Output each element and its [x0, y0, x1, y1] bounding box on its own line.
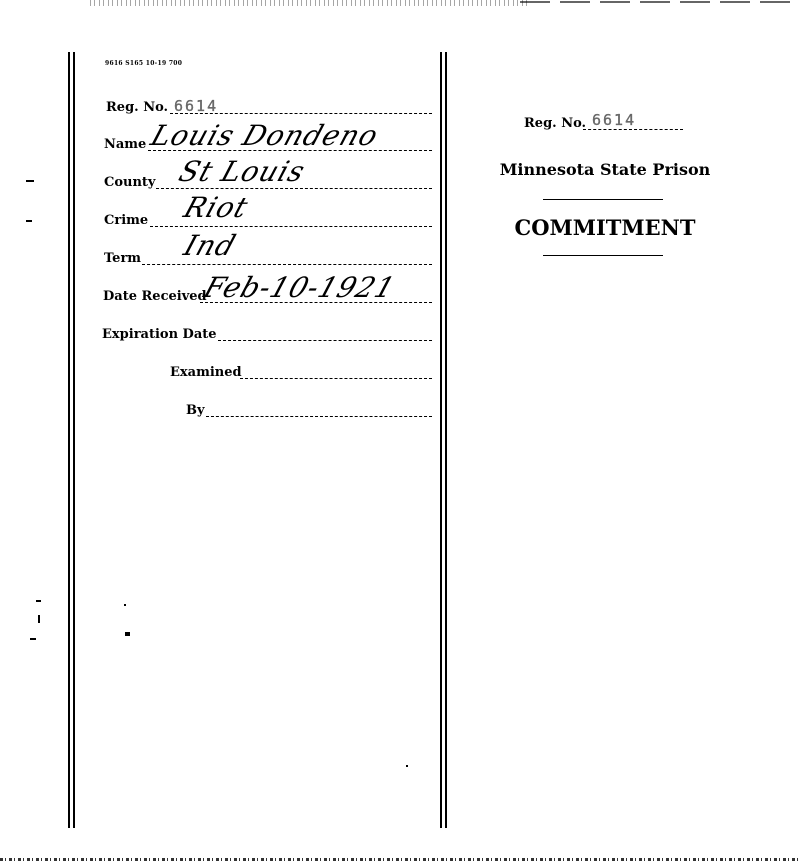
term-label: Term — [104, 251, 141, 266]
county-line — [156, 188, 432, 189]
scan-noise-bottom — [0, 858, 800, 861]
county-value: St Louis — [175, 158, 308, 186]
date-received-value: Feb-10-1921 — [200, 274, 398, 302]
by-line — [206, 416, 432, 417]
margin-mark — [36, 600, 41, 602]
form-number: 9616 S165 10-19 700 — [105, 60, 182, 67]
fold-line-left — [440, 52, 442, 828]
term-line — [142, 264, 432, 265]
right-reg-no-line — [583, 129, 683, 130]
examined-line — [240, 378, 432, 379]
margin-mark — [30, 638, 36, 640]
reg-no-value: 6614 — [174, 97, 218, 115]
crime-value: Riot — [180, 194, 251, 222]
expiration-date-label: Expiration Date — [102, 327, 217, 342]
margin-mark — [406, 765, 408, 767]
margin-mark — [38, 615, 40, 623]
date-received-label: Date Received — [103, 289, 207, 304]
crime-line — [150, 226, 432, 227]
document-title: COMMITMENT — [490, 215, 720, 240]
left-border-line-outer — [68, 52, 70, 828]
expiration-date-line — [218, 340, 432, 341]
margin-mark — [26, 220, 32, 222]
name-value: Louis Dondeno — [147, 122, 382, 150]
name-label: Name — [104, 137, 146, 152]
scan-noise-top — [90, 0, 530, 6]
examined-label: Examined — [170, 365, 242, 380]
crime-label: Crime — [104, 213, 148, 228]
right-reg-no-value: 6614 — [592, 111, 636, 129]
county-label: County — [104, 175, 155, 190]
scan-noise-top-right — [520, 1, 800, 3]
fold-line-right — [445, 52, 447, 828]
divider-bottom — [543, 255, 663, 256]
margin-mark — [26, 180, 34, 182]
margin-mark — [125, 632, 130, 636]
term-value: Ind — [180, 232, 239, 260]
institution-name: Minnesota State Prison — [490, 160, 720, 179]
right-reg-no-label: Reg. No. — [524, 116, 586, 131]
left-border-line-inner — [73, 52, 75, 828]
reg-no-label: Reg. No. — [106, 100, 168, 115]
margin-mark — [124, 604, 126, 606]
divider-top — [543, 199, 663, 200]
by-label: By — [186, 403, 205, 418]
